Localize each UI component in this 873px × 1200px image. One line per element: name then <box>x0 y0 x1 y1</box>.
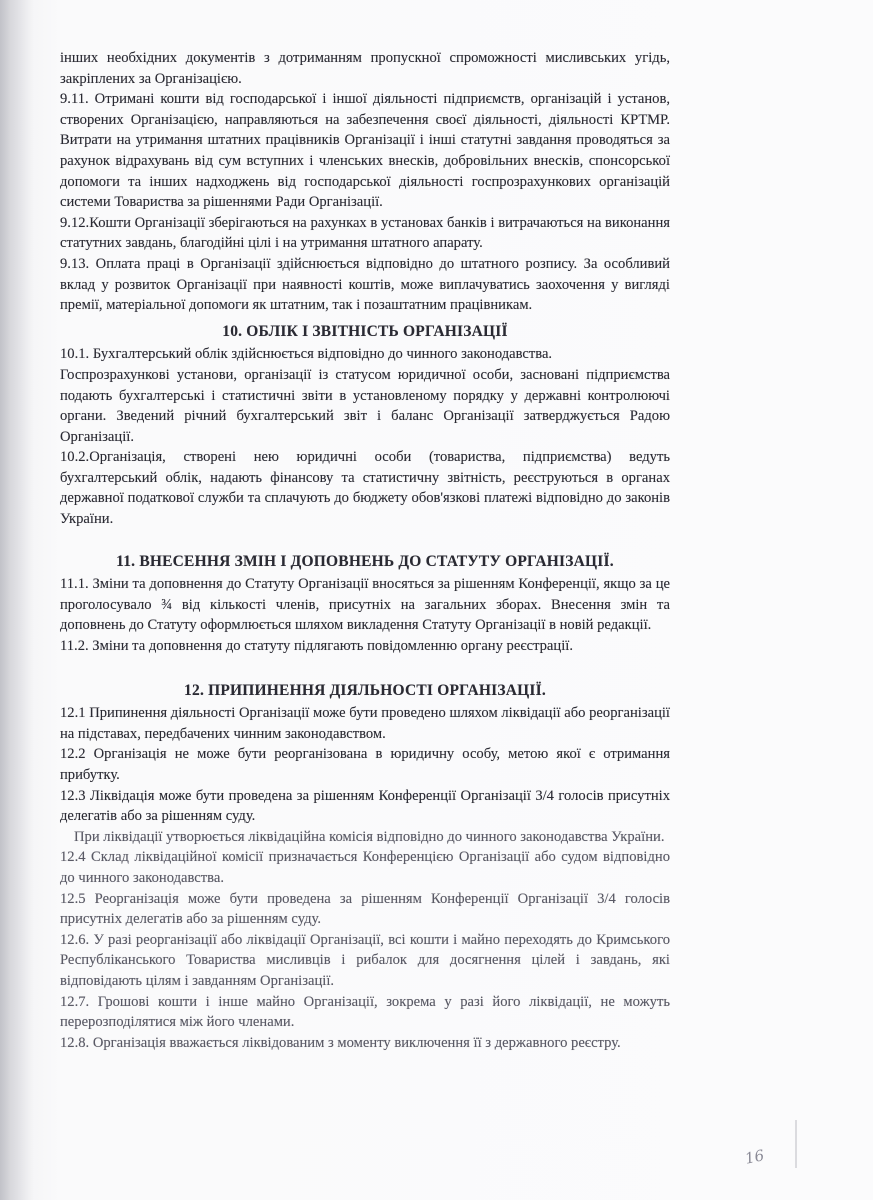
clause-12-4: 12.4 Склад ліквідаційної комісії признач… <box>60 847 670 888</box>
clause-12-1: 12.1 Припинення діяльності Організації м… <box>60 703 670 744</box>
clause-12-7: 12.7. Грошові кошти і інше майно Організ… <box>60 992 670 1033</box>
clause-10-1-cont: Госпрозрахункові установи, організації і… <box>60 365 670 447</box>
clause-9-11: 9.11. Отримані кошти від господарської і… <box>60 89 670 213</box>
clause-12-3: 12.3 Ліквідація може бути проведена за р… <box>60 786 670 827</box>
clause-10-2: 10.2.Організація, створені нею юридичні … <box>60 447 670 529</box>
bleed-through-text <box>245 28 249 44</box>
clause-10-1: 10.1. Бухгалтерський облік здійснюється … <box>60 344 670 365</box>
clause-12-3-liquidation-commission: При ліквідації утворюється ліквідаційна … <box>60 827 670 848</box>
clause-12-8: 12.8. Організація вважається ліквідовани… <box>60 1033 670 1054</box>
scanned-page: інших необхідних документів з дотримання… <box>0 0 873 1200</box>
clause-12-2: 12.2 Організація не може бути реорганізо… <box>60 744 670 785</box>
clause-11-2: 11.2. Зміни та доповнення до статуту під… <box>60 636 670 657</box>
clause-12-6: 12.6. У разі реорганізації або ліквідаці… <box>60 930 670 992</box>
section-12-heading: 12. ПРИПИНЕННЯ ДІЯЛЬНОСТІ ОРГАНІЗАЦІЇ. <box>60 681 670 702</box>
clause-9-13: 9.13. Оплата праці в Організації здійсню… <box>60 254 670 316</box>
clause-11-1: 11.1. Зміни та доповнення до Статуту Орг… <box>60 574 670 636</box>
scan-edge-shadow <box>0 0 34 1200</box>
section-10-heading: 10. ОБЛІК І ЗВІТНІСТЬ ОРГАНІЗАЦІЇ <box>60 322 670 343</box>
clause-9-12: 9.12.Кошти Організації зберігаються на р… <box>60 213 670 254</box>
intro-paragraph: інших необхідних документів з дотримання… <box>60 48 670 89</box>
scan-artifact-line <box>795 1120 797 1168</box>
section-11-heading: 11. ВНЕСЕННЯ ЗМІН І ДОПОВНЕНЬ ДО СТАТУТУ… <box>60 552 670 573</box>
document-body: інших необхідних документів з дотримання… <box>60 48 670 1053</box>
clause-12-5: 12.5 Реорганізація може бути проведена з… <box>60 889 670 930</box>
page-number-handwritten: 16 <box>743 1146 765 1168</box>
